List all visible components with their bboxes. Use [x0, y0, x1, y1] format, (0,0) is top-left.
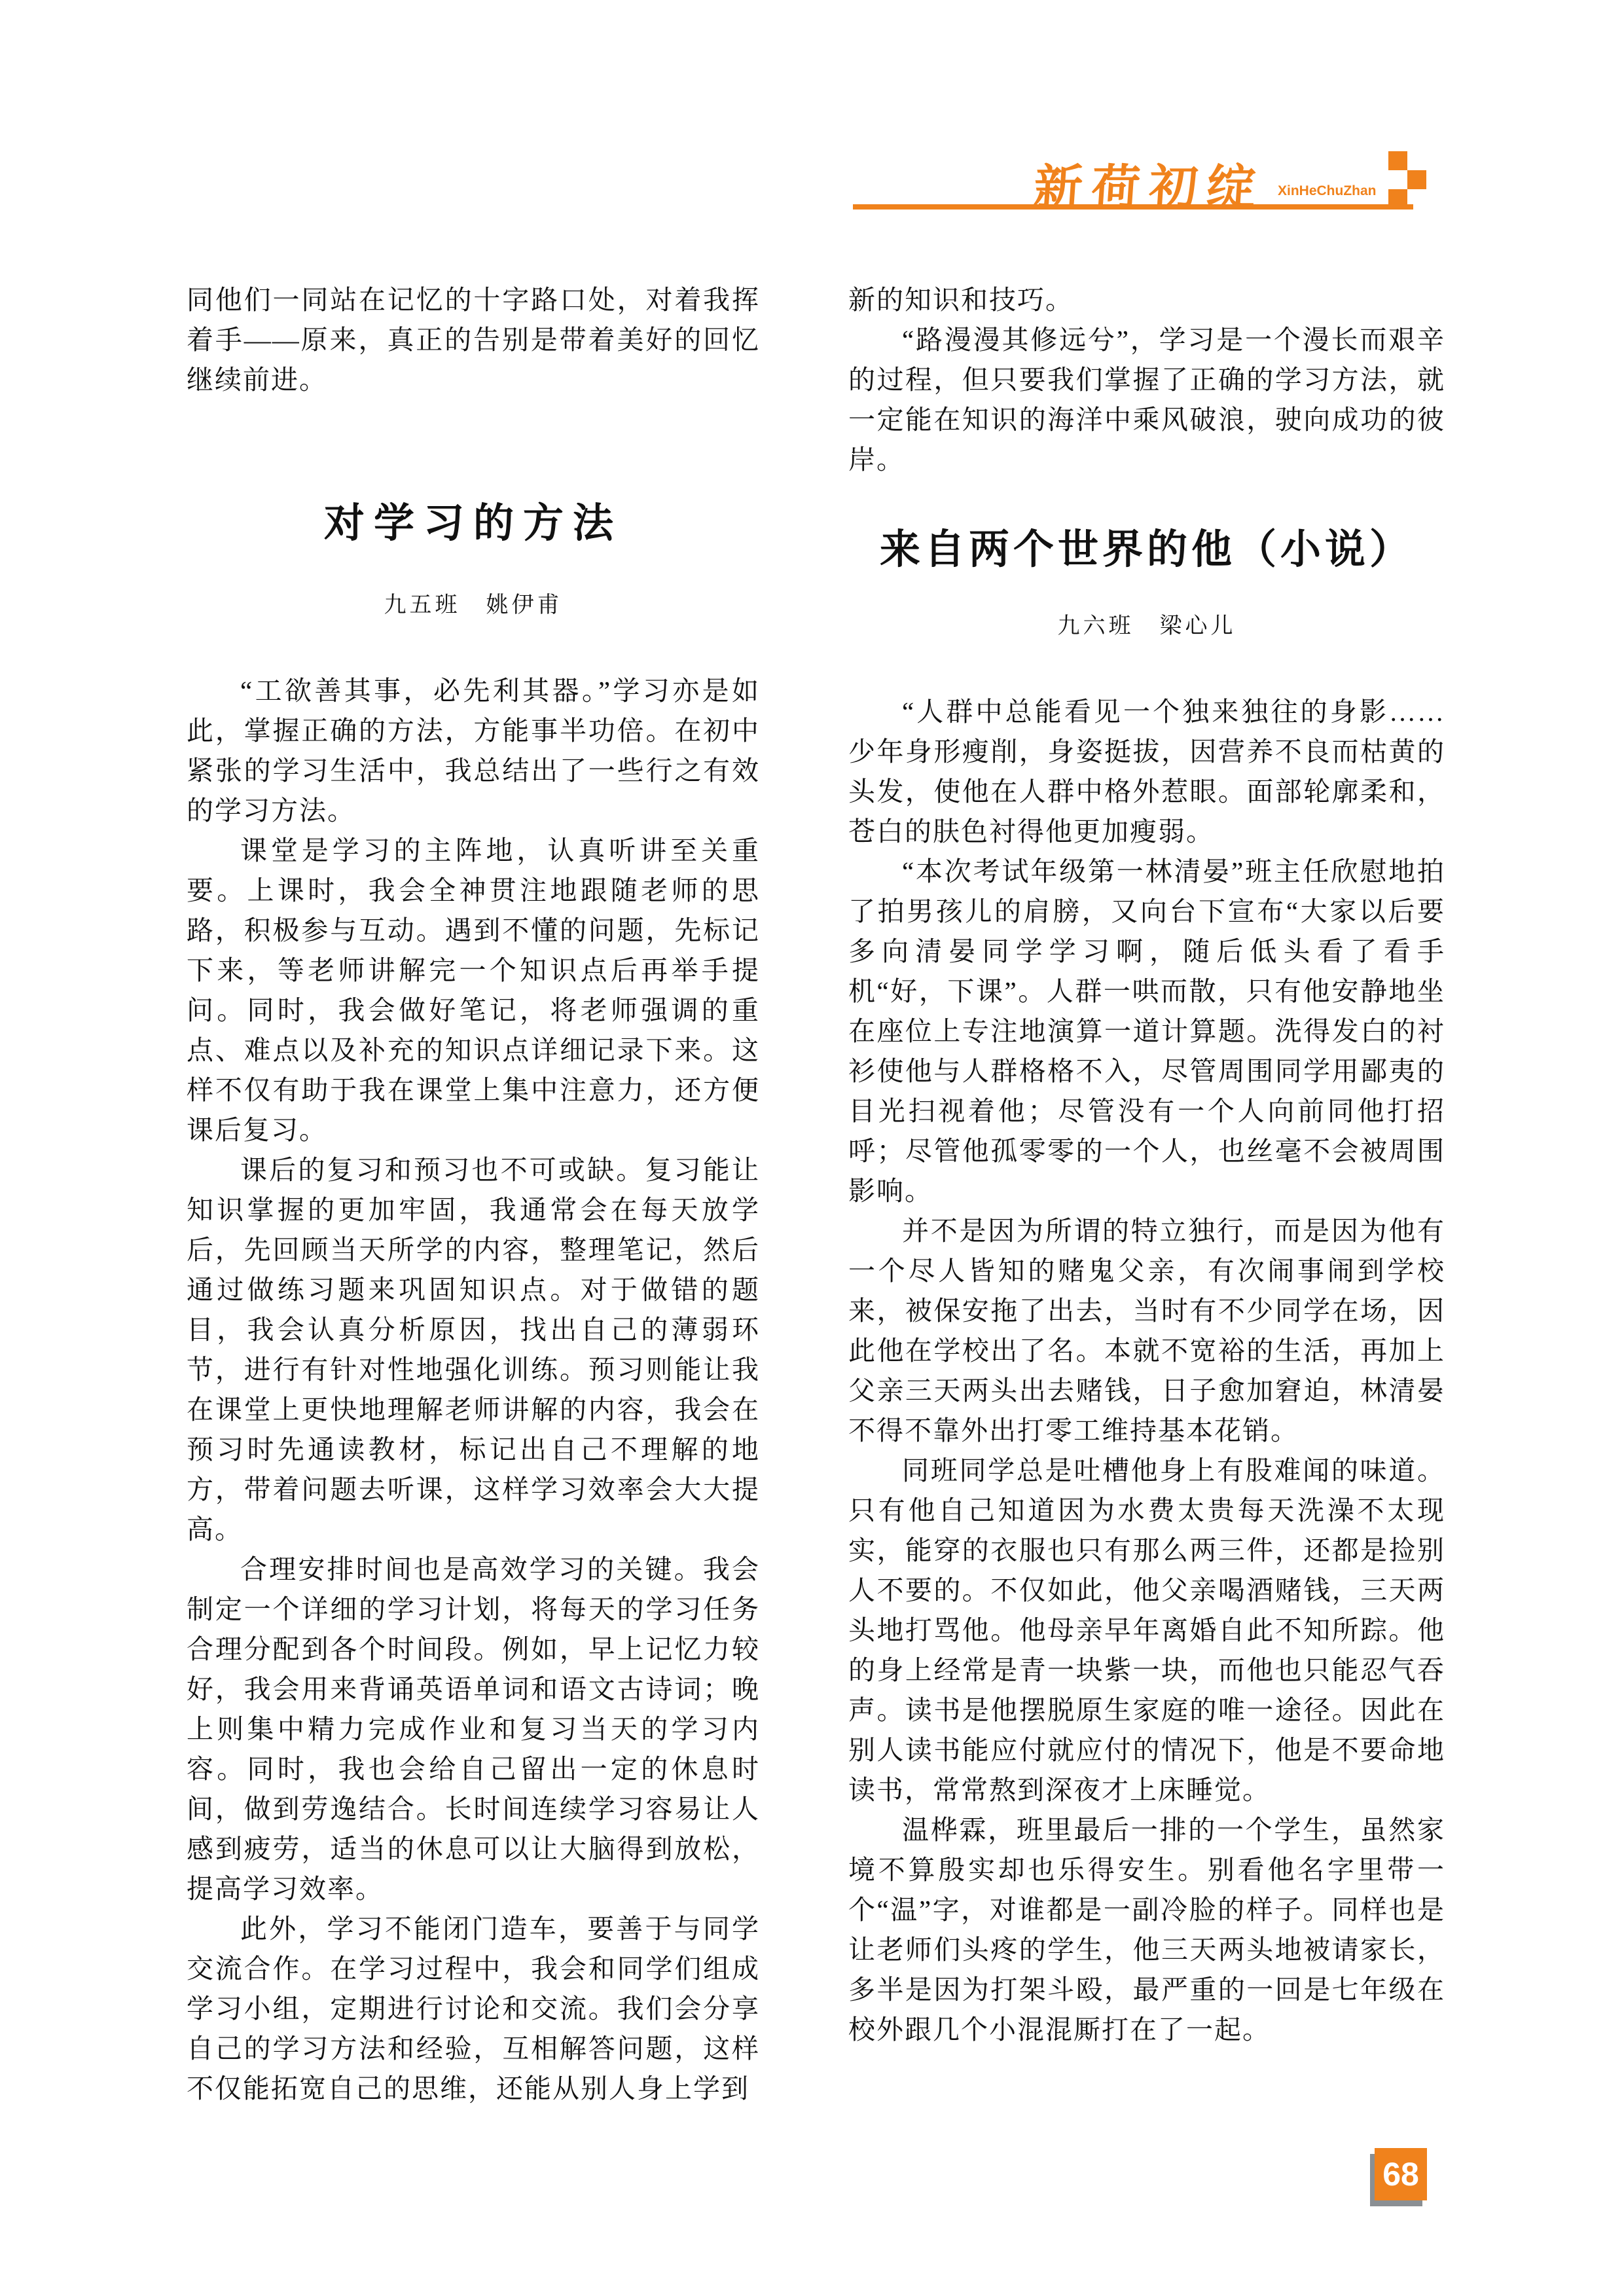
article-closing-paragraph: “路漫漫其修远兮”，学习是一个漫长而艰辛的过程，但只要我们掌握了正确的学习方法，… — [848, 320, 1445, 480]
article-title-study-methods: 对学习的方法 — [187, 490, 760, 549]
article-paragraph: 合理安排时间也是高效学习的关键。我会制定一个详细的学习计划，将每天的学习任务合理… — [187, 1550, 760, 1909]
article-paragraph: “本次考试年级第一林清晏”班主任欣慰地拍了拍男孩儿的肩膀，又向台下宣布“大家以后… — [848, 852, 1445, 1211]
page-number: 68 — [1382, 2155, 1419, 2193]
right-column: 新的知识和技巧。 “路漫漫其修远兮”，学习是一个漫长而艰辛的过程，但只要我们掌握… — [848, 280, 1445, 2050]
article-paragraph: 课堂是学习的主阵地，认真听讲至关重要。上课时，我会全神贯注地跟随老师的思路，积极… — [187, 831, 760, 1150]
article-paragraph: 课后的复习和预习也不可或缺。复习能让知识掌握的更加牢固，我通常会在每天放学后，先… — [187, 1150, 760, 1550]
article-author: 九六班 梁心儿 — [848, 608, 1445, 640]
page-number-badge: 68 — [1375, 2148, 1427, 2200]
left-column: 同他们一同站在记忆的十字路口处，对着我挥着手——原来，真正的告别是带着美好的回忆… — [187, 280, 760, 2109]
header-deco-square-1 — [1388, 151, 1407, 170]
magazine-logo-pinyin: XinHeChuZhan — [1278, 183, 1377, 199]
header-deco-square-3 — [1388, 189, 1407, 208]
article-paragraph: 温桦霖，班里最后一排的一个学生，虽然家境不算殷实却也乐得安生。别看他名字里带一个… — [848, 1810, 1445, 2050]
article-author: 九五班 姚伊甫 — [187, 587, 760, 619]
article-paragraph: “工欲善其事，必先利其器。”学习亦是如此，掌握正确的方法，方能事半功倍。在初中紧… — [187, 671, 760, 831]
article-title-novel: 来自两个世界的他（小说） — [848, 517, 1445, 575]
header-rule — [853, 204, 1413, 210]
continuation-paragraph: 新的知识和技巧。 — [848, 280, 1445, 320]
continuation-paragraph: 同他们一同站在记忆的十字路口处，对着我挥着手——原来，真正的告别是带着美好的回忆… — [187, 280, 760, 400]
article-paragraph: 此外，学习不能闭门造车，要善于与同学交流合作。在学习过程中，我会和同学们组成学习… — [187, 1909, 760, 2109]
article-paragraph: “人群中总能看见一个独来独往的身影……少年身形瘦削，身姿挺拔，因营养不良而枯黄的… — [848, 692, 1445, 852]
magazine-page: 新荷初绽 XinHeChuZhan 同他们一同站在记忆的十字路口处，对着我挥着手… — [0, 0, 1624, 2296]
header-deco-square-2 — [1407, 170, 1426, 189]
article-paragraph: 同班同学总是吐槽他身上有股难闻的味道。只有他自己知道因为水费太贵每天洗澡不太现实… — [848, 1451, 1445, 1810]
article-paragraph: 并不是因为所谓的特立独行，而是因为他有一个尽人皆知的赌鬼父亲，有次闹事闹到学校来… — [848, 1211, 1445, 1451]
